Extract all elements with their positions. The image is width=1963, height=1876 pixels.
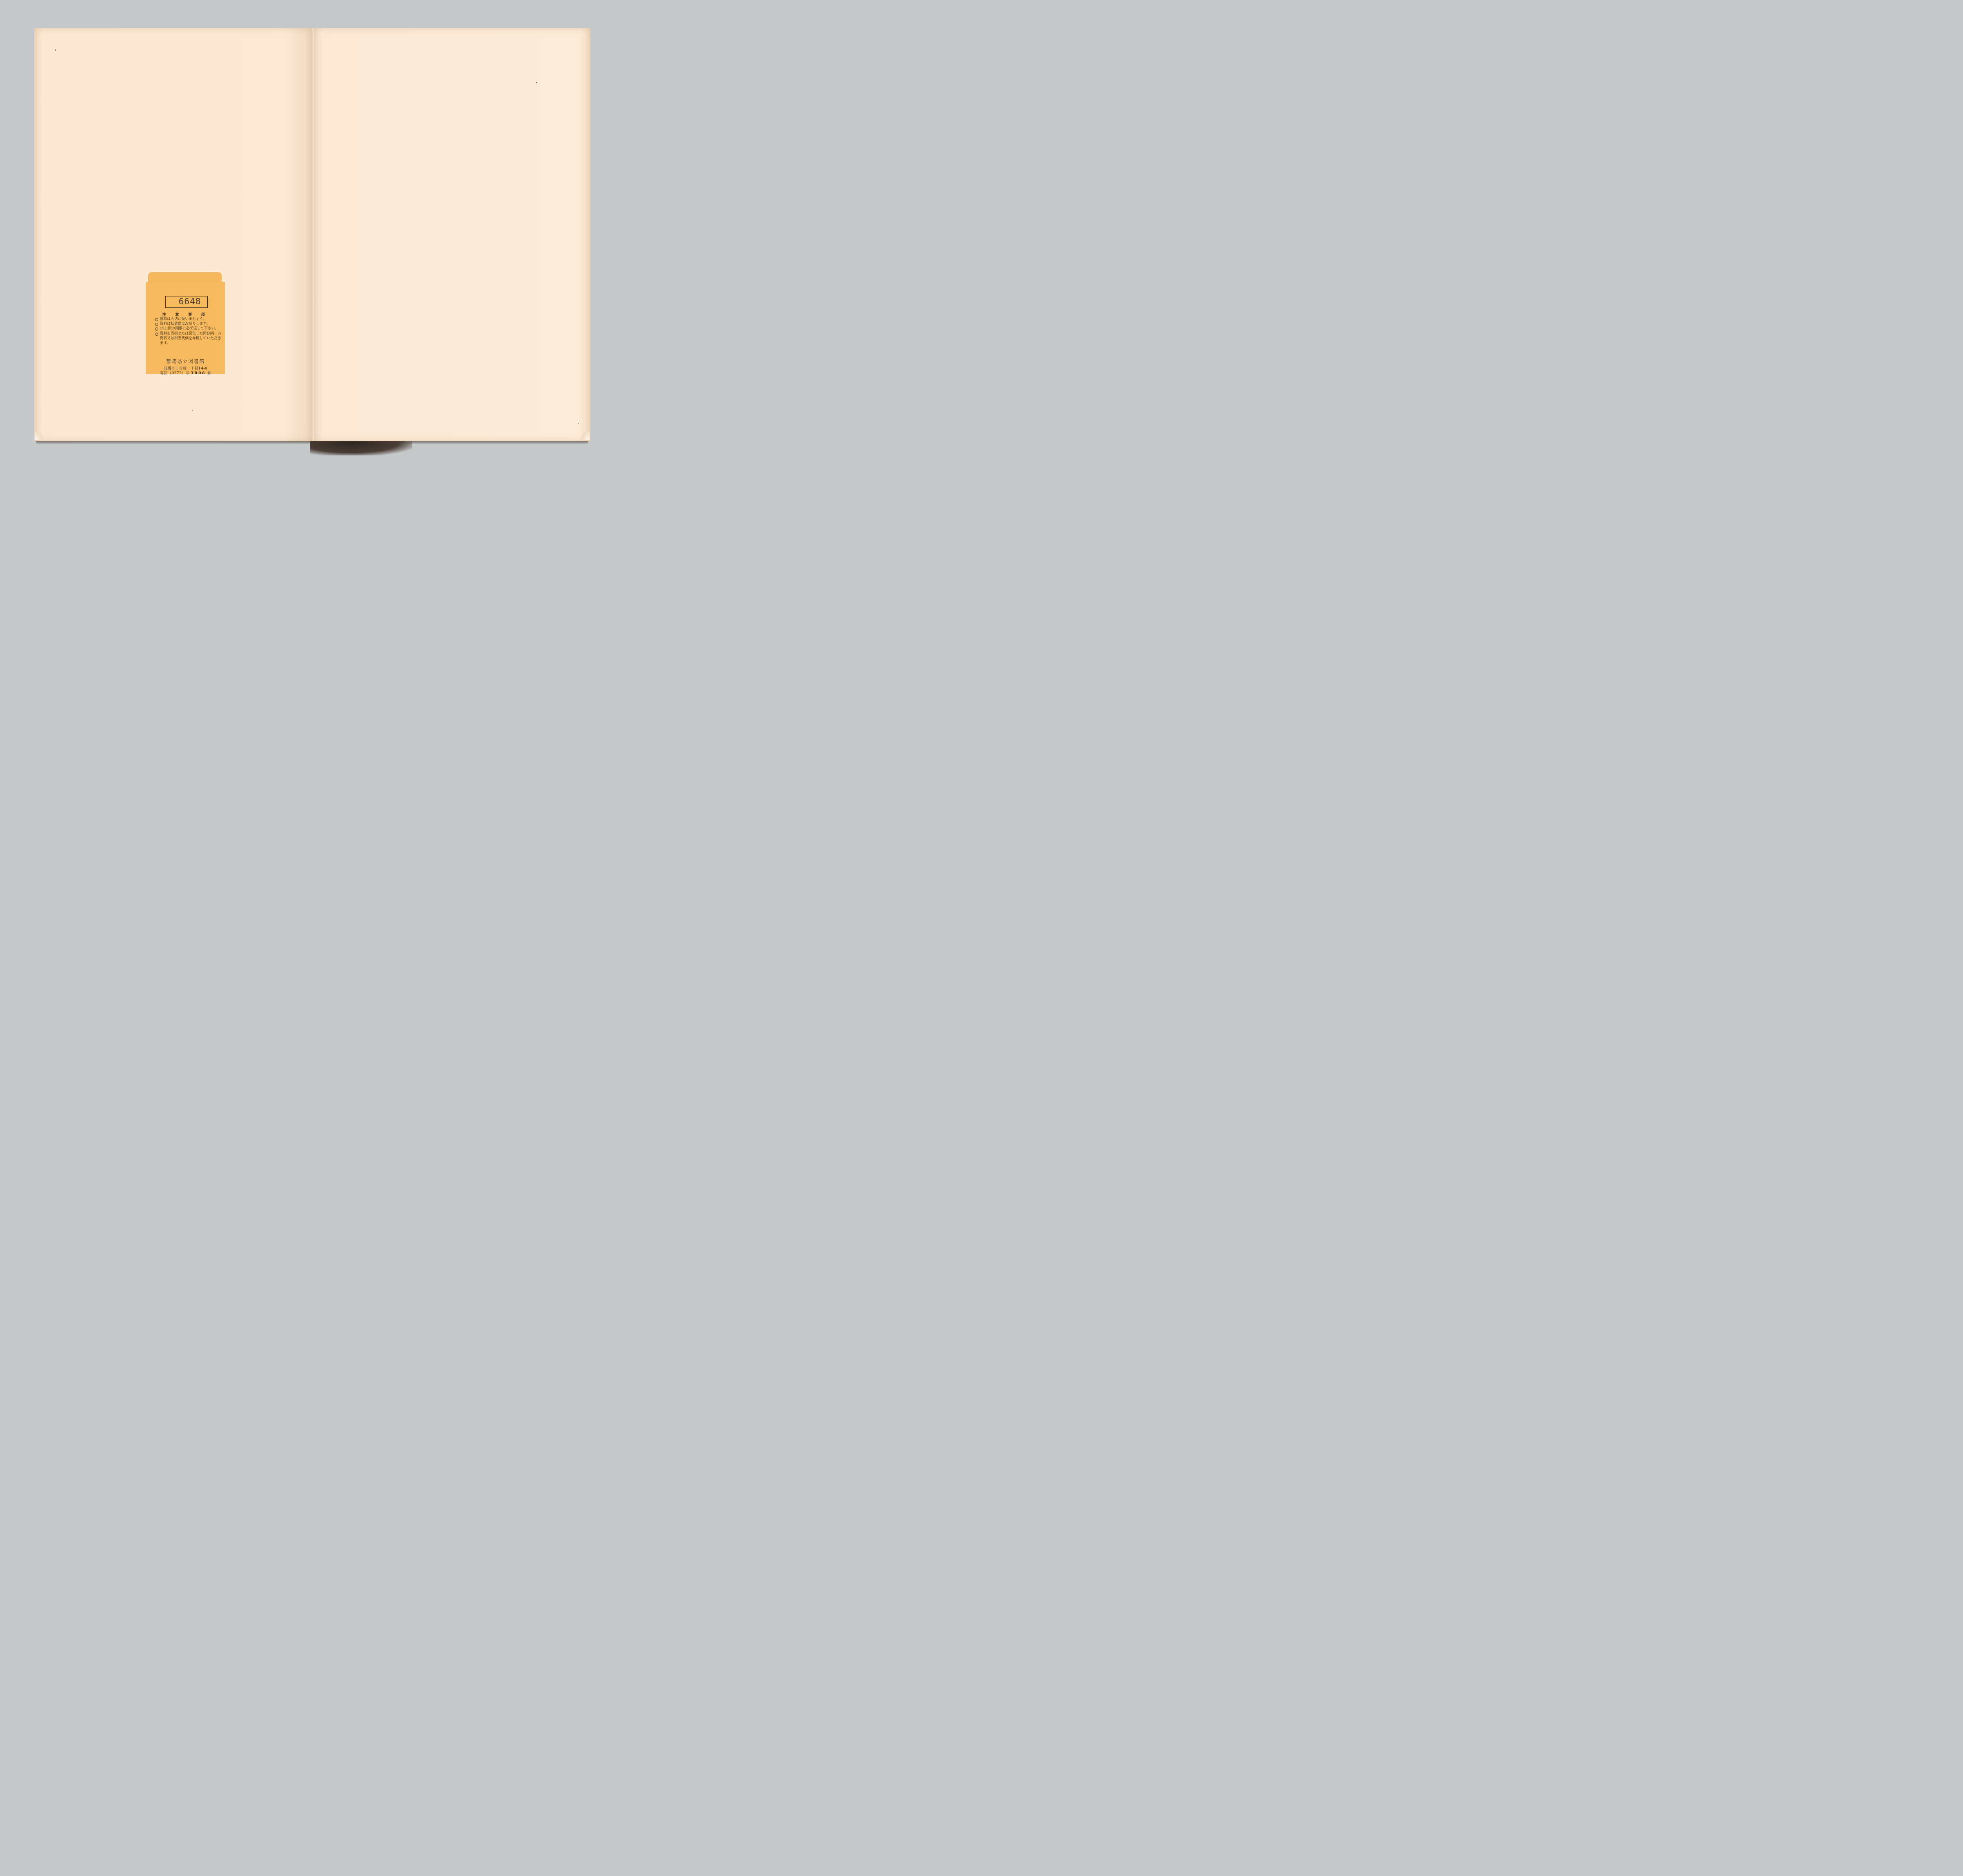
call-number: 6648 bbox=[179, 297, 201, 307]
phone-suffix: 番 bbox=[207, 371, 211, 375]
left-corner-curl bbox=[35, 431, 45, 440]
rule-item: 資料を汚損または紛失した時は同一の資料又は相当代価を弁償していただきます。 bbox=[155, 331, 222, 346]
library-card-pocket: 6648 注 意 事 項 資料は大切に扱いましょう。 資料は転貸借はお断りします… bbox=[146, 272, 225, 373]
left-page bbox=[34, 28, 313, 441]
library-name: 群馬県立図書館 bbox=[146, 358, 225, 365]
rules-list: 資料は大切に扱いましょう。 資料は転貸借はお断りします。 15日間の期限に必ず返… bbox=[155, 317, 222, 346]
call-number-box: 6648 bbox=[165, 296, 208, 308]
spine-shadow bbox=[310, 440, 412, 455]
library-phone: 電話（0272）㉛ 3008 番 bbox=[146, 370, 225, 375]
paper-speck bbox=[192, 410, 193, 411]
paper-speck bbox=[536, 82, 537, 83]
paper-speck bbox=[55, 49, 56, 51]
rule-item: 15日間の期限に必ず返して下さい。 bbox=[155, 326, 222, 331]
phone-prefix: 電話（0272）㉛ bbox=[160, 371, 189, 375]
pocket-front: 6648 注 意 事 項 資料は大切に扱いましょう。 資料は転貸借はお断りします… bbox=[146, 282, 225, 374]
right-page bbox=[314, 28, 590, 441]
notice-title: 注 意 事 項 bbox=[146, 311, 225, 317]
phone-number: 3008 bbox=[191, 371, 206, 375]
rule-item: 資料は転貸借はお断りします。 bbox=[155, 322, 222, 326]
rule-item: 資料は大切に扱いましょう。 bbox=[155, 317, 222, 322]
right-corner-curl bbox=[579, 431, 590, 440]
paper-speck bbox=[578, 423, 579, 424]
